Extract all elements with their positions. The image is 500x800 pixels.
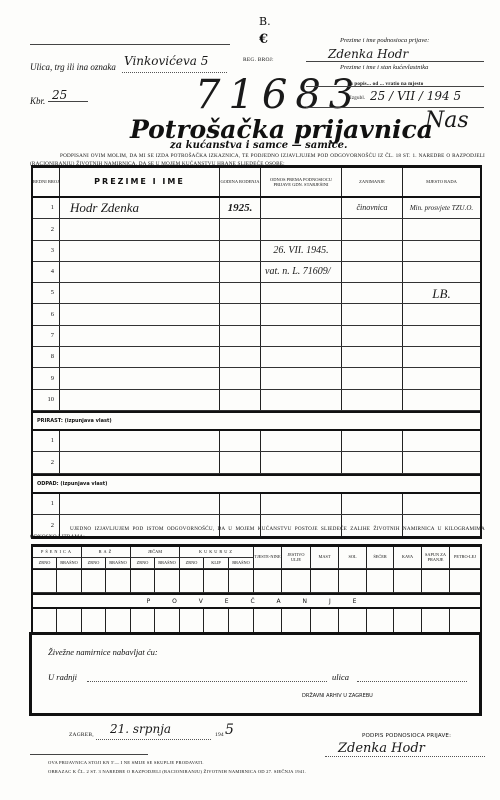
group-raz: RAŽ: [82, 547, 131, 558]
occupation-cell[interactable]: [342, 368, 403, 388]
sub-psenica-brasno: BRAŠNO: [57, 558, 82, 569]
year-cell[interactable]: [220, 219, 261, 239]
supply-street-field[interactable]: [357, 681, 467, 682]
prirast-row: 2: [33, 452, 480, 473]
street-label: Ulica, trg ili ina oznaka: [30, 62, 116, 72]
house-number-line: [48, 101, 88, 102]
stamp-line: u popis... od ... vratio na mjesto: [350, 82, 423, 87]
occupation-cell[interactable]: [342, 241, 403, 261]
table-row: 9: [33, 368, 480, 389]
name-cell[interactable]: [60, 326, 220, 346]
workplace-cell[interactable]: [403, 494, 480, 514]
increase-cell[interactable]: [394, 609, 422, 632]
workplace-cell[interactable]: [403, 368, 480, 388]
sub-kukuruz-zrno: ZRNO: [180, 558, 204, 569]
increase-cell[interactable]: [33, 609, 57, 632]
provisions-table: PŠENICA RAŽ JEČAM KUKURUZ TJESTE-NINE JE…: [31, 544, 482, 635]
name-cell[interactable]: [60, 347, 220, 367]
increase-cell[interactable]: [450, 609, 480, 632]
house-number-label: Kbr.: [30, 96, 45, 106]
year-cell[interactable]: [220, 431, 261, 451]
stock-cell[interactable]: [33, 570, 57, 593]
col-mast: MAST: [311, 547, 339, 569]
stock-cell[interactable]: [155, 570, 180, 593]
relation-cell[interactable]: [261, 304, 342, 324]
name-cell[interactable]: [60, 241, 220, 261]
relation-cell[interactable]: [261, 390, 342, 410]
year-cell[interactable]: [220, 241, 261, 261]
col-kava: KAVA: [394, 547, 422, 569]
col-zanimanje: ZANIMANJE: [342, 168, 403, 196]
year-cell[interactable]: [220, 494, 261, 514]
supply-box: Živežne namirnice nabavljat ću: U radnji…: [29, 632, 482, 716]
row-number: 5: [33, 283, 60, 303]
occupation-cell[interactable]: [342, 304, 403, 324]
name-cell[interactable]: [60, 283, 220, 303]
workplace-cell[interactable]: [403, 347, 480, 367]
col-mjesto-rada: MJESTO RADA: [403, 168, 480, 196]
stock-cell[interactable]: [131, 570, 155, 593]
year-cell[interactable]: [220, 326, 261, 346]
signature-value[interactable]: Zdenka Hodr: [338, 741, 425, 756]
relation-cell[interactable]: [261, 347, 342, 367]
occupation-cell[interactable]: činovnica: [342, 198, 403, 218]
reg-number-value[interactable]: 71683: [195, 72, 362, 118]
name-cell[interactable]: [60, 390, 220, 410]
workplace-cell[interactable]: [403, 219, 480, 239]
top-rule: [30, 44, 230, 45]
stock-cell[interactable]: [204, 570, 229, 593]
row-number: 7: [33, 326, 60, 346]
col-jestivo-ulje: JESTIVO ULJE: [282, 547, 311, 569]
table-row: 1 Hodr Zdenka 1925. činovnica Min. prosv…: [33, 198, 480, 219]
supply-title: Živežne namirnice nabavljat ću:: [48, 647, 158, 657]
stock-cell[interactable]: [339, 570, 367, 593]
relation-cell[interactable]: [261, 283, 342, 303]
footer-rule: [30, 754, 148, 755]
name-cell[interactable]: [60, 219, 220, 239]
col-godina-rodenja: GODINA RODENJA: [220, 168, 261, 196]
workplace-cell[interactable]: LB.: [403, 283, 480, 303]
stock-cell[interactable]: [254, 570, 282, 593]
year-cell[interactable]: [220, 262, 261, 282]
house-number-value[interactable]: 25: [52, 88, 67, 102]
workplace-cell[interactable]: [403, 304, 480, 324]
col-tjestenine: TJESTE-NINE: [254, 547, 282, 569]
row-number: 9: [33, 368, 60, 388]
odpad-section-label: ODPAD: (izpunjava vlast): [33, 474, 480, 494]
sub-raz-brasno: BRAŠNO: [106, 558, 131, 569]
street-value[interactable]: Vinkovićeva 5: [124, 54, 208, 68]
prirast-row: 1: [33, 431, 480, 452]
regulation-note: OBRAZAC K ČL. 2 ST. 3 NAREDBE O RAZPODJE…: [48, 769, 306, 774]
provisions-stock-row: [33, 569, 480, 593]
occupation-cell[interactable]: [342, 262, 403, 282]
sub-psenica-zrno: ZRNO: [33, 558, 57, 569]
col-redni-broj: REDNI BROJ: [33, 168, 60, 196]
shop-field[interactable]: [87, 681, 327, 682]
occupation-cell[interactable]: [342, 219, 403, 239]
row-number: 1: [33, 198, 60, 218]
name-cell[interactable]: [60, 452, 220, 472]
sub-kukuruz-klip: KLIP: [204, 558, 229, 569]
workplace-cell[interactable]: [403, 326, 480, 346]
increase-cell[interactable]: [282, 609, 311, 632]
provisions-increase-row: [33, 609, 480, 632]
workplace-cell[interactable]: [403, 262, 480, 282]
relation-cell[interactable]: [261, 198, 342, 218]
stock-cell[interactable]: [422, 570, 450, 593]
name-cell[interactable]: Hodr Zdenka: [60, 198, 220, 218]
increase-cell[interactable]: [155, 609, 180, 632]
workplace-cell[interactable]: [403, 431, 480, 451]
col-secer: ŠEĆER: [367, 547, 394, 569]
row-number: 10: [33, 390, 60, 410]
workplace-cell[interactable]: [403, 390, 480, 410]
increase-cell[interactable]: [339, 609, 367, 632]
occupation-cell[interactable]: [342, 452, 403, 472]
col-sol: SOL: [339, 547, 367, 569]
sub-jecam-zrno: ZRNO: [131, 558, 155, 569]
col-odnos: ODNOS PREMA PODNOSIOCU PRIJAVE GDN. STAR…: [261, 168, 342, 196]
occupation-cell[interactable]: [342, 326, 403, 346]
table-row: 3 26. VII. 1945.: [33, 241, 480, 262]
increase-cell[interactable]: [204, 609, 229, 632]
name-cell[interactable]: [60, 431, 220, 451]
group-psenica: PŠENICA: [33, 547, 82, 558]
stamp-label: Izgubl.: [350, 96, 365, 101]
signature-line: [325, 756, 485, 757]
date-value[interactable]: 21. srpnja: [110, 722, 171, 736]
year-cell[interactable]: 1925.: [220, 198, 261, 218]
increase-cell[interactable]: [422, 609, 450, 632]
increase-cell[interactable]: [254, 609, 282, 632]
table-row: 4 vat. n. L. 71609/: [33, 262, 480, 283]
increase-cell[interactable]: [131, 609, 155, 632]
increase-cell[interactable]: [106, 609, 131, 632]
year-cell[interactable]: [220, 390, 261, 410]
relation-cell[interactable]: [261, 368, 342, 388]
reg-label: REG. BROJ:: [243, 57, 274, 63]
row-number: 2: [33, 452, 60, 472]
table-row: 7: [33, 326, 480, 347]
occupation-cell[interactable]: [342, 431, 403, 451]
col-sapun: SAPUN ZA PRANJE: [422, 547, 450, 569]
relation-cell[interactable]: [261, 431, 342, 451]
stock-cell[interactable]: [311, 570, 339, 593]
col-prezime-ime: PREZIME I IME: [60, 168, 220, 196]
year-cell[interactable]: [220, 368, 261, 388]
persons-table-header: REDNI BROJ PREZIME I IME GODINA RODENJA …: [33, 168, 480, 198]
sub-jecam-brasno: BRAŠNO: [155, 558, 180, 569]
applicant-line: [306, 61, 484, 62]
shop-label: U radnji: [48, 672, 77, 682]
stock-cell[interactable]: [106, 570, 131, 593]
name-cell[interactable]: [60, 262, 220, 282]
table-row: 5 LB.: [33, 283, 480, 304]
stock-cell[interactable]: [229, 570, 254, 593]
supply-street-label: ulica: [332, 672, 349, 682]
row-number: 6: [33, 304, 60, 324]
persons-table: REDNI BROJ PREZIME I IME GODINA RODENJA …: [31, 165, 482, 539]
stock-cell[interactable]: [450, 570, 480, 593]
occupation-cell[interactable]: [342, 347, 403, 367]
row-number: 2: [33, 219, 60, 239]
relation-cell[interactable]: 26. VII. 1945.: [261, 241, 342, 261]
date-line: [96, 739, 211, 740]
name-cell[interactable]: [60, 304, 220, 324]
row-number: 3: [33, 241, 60, 261]
prirast-section-label: PRIRAST: (izpunjava vlast): [33, 411, 480, 431]
table-row: 6: [33, 304, 480, 325]
occupation-cell[interactable]: [342, 283, 403, 303]
year-prefix: 194: [215, 732, 224, 738]
col-petrolej: PETRO-LEJ: [450, 547, 480, 569]
euro-mark: €: [259, 32, 268, 47]
stock-cell[interactable]: [57, 570, 82, 593]
stock-cell[interactable]: [282, 570, 311, 593]
year-cell[interactable]: [220, 347, 261, 367]
year-suffix[interactable]: 5: [225, 722, 234, 738]
relation-cell[interactable]: vat. n. L. 71609/: [261, 262, 342, 282]
relation-cell[interactable]: [261, 452, 342, 472]
stock-cell[interactable]: [394, 570, 422, 593]
relation-cell[interactable]: [261, 494, 342, 514]
workplace-cell[interactable]: [403, 452, 480, 472]
relation-cell[interactable]: [261, 219, 342, 239]
group-jecam: JEČAM: [131, 547, 180, 558]
provisions-header: PŠENICA RAŽ JEČAM KUKURUZ TJESTE-NINE JE…: [33, 547, 480, 569]
name-cell[interactable]: [60, 368, 220, 388]
workplace-cell[interactable]: [403, 241, 480, 261]
povecanje-label: P O V E Ć A N J E: [33, 593, 480, 609]
stocks-declaration-text: UJEDNO IZJAVLJUJEM POD ISTOM ODGOVORNOŠĆ…: [30, 525, 485, 541]
stock-cell[interactable]: [180, 570, 204, 593]
year-cell[interactable]: [220, 304, 261, 324]
increase-cell[interactable]: [311, 609, 339, 632]
relation-cell[interactable]: [261, 326, 342, 346]
letter-mark: B.: [259, 15, 271, 28]
table-row: 8: [33, 347, 480, 368]
increase-cell[interactable]: [180, 609, 204, 632]
signature-label: PODPIS PODNOSIOCA PRIJAVE:: [362, 733, 451, 739]
odpad-row: 1: [33, 494, 480, 515]
workplace-cell[interactable]: Min. prosvjete TZU.O.: [403, 198, 480, 218]
increase-cell[interactable]: [82, 609, 106, 632]
applicant-label: Prezime i ime podnosioca prijave:: [340, 37, 429, 44]
row-number: 1: [33, 494, 60, 514]
stock-cell[interactable]: [367, 570, 394, 593]
stamp-date: 25 / VII / 194 5: [370, 89, 461, 103]
increase-cell[interactable]: [57, 609, 82, 632]
row-number: 4: [33, 262, 60, 282]
increase-cell[interactable]: [229, 609, 254, 632]
price-note: OVA PRIJAVNICA STOJI KN 5'— I NE SMIJE S…: [48, 760, 204, 765]
row-number: 1: [33, 431, 60, 451]
sub-raz-zrno: ZRNO: [82, 558, 106, 569]
city-label: ZAGREB,: [69, 732, 94, 738]
sub-kukuruz-brasno: BRAŠNO: [229, 558, 254, 569]
group-kukuruz: KUKURUZ: [180, 547, 254, 558]
increase-cell[interactable]: [367, 609, 394, 632]
row-number: 8: [33, 347, 60, 367]
owner-label: Prezime i ime i stan kućevlastnika: [340, 64, 428, 71]
archive-stamp: DRŽAVNI ARHIV U ZAGREBU: [302, 693, 373, 699]
table-row: 2: [33, 219, 480, 240]
form-subtitle: za kućanstva i samce — samice.: [170, 140, 348, 151]
stock-cell[interactable]: [82, 570, 106, 593]
applicant-value[interactable]: Zdenka Hodr: [328, 47, 408, 61]
occupation-cell[interactable]: [342, 390, 403, 410]
year-cell[interactable]: [220, 283, 261, 303]
name-cell[interactable]: [60, 494, 220, 514]
table-row: 10: [33, 390, 480, 411]
occupation-cell[interactable]: [342, 494, 403, 514]
year-cell[interactable]: [220, 452, 261, 472]
